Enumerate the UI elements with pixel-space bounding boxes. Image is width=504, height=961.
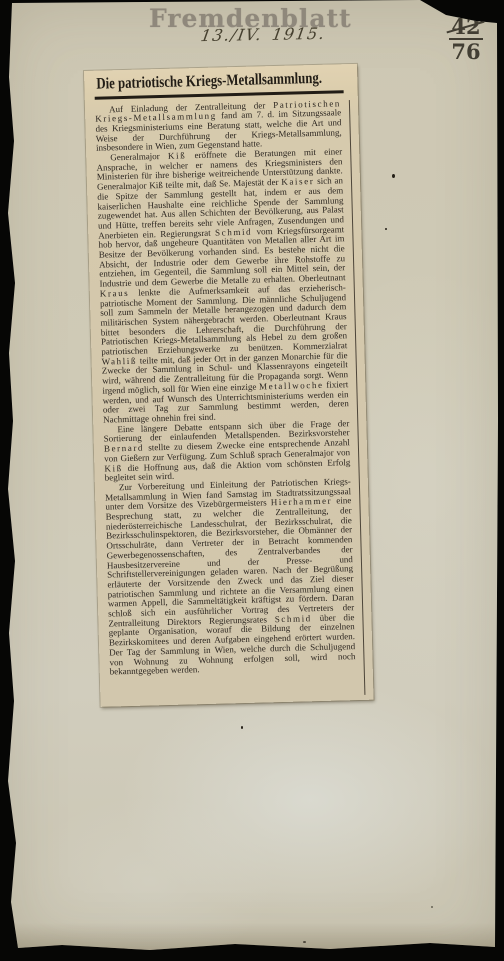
article-paragraph-3: Eine längere Debatte entspann sich über … [103, 419, 350, 484]
ink-speck [431, 906, 433, 908]
article-headline: Die patriotische Kriegs-Metallsammlung. [96, 70, 296, 93]
archive-page-numbers: 42 76 [445, 15, 487, 63]
ink-speck [385, 228, 387, 230]
ink-speck [392, 174, 395, 178]
article-paragraph-1: Auf Einladung der Zentralleitung der Pat… [95, 99, 342, 154]
page-number-new: 76 [445, 40, 487, 63]
page-number-old-crossed: 42 [449, 15, 482, 40]
ink-speck [303, 941, 306, 943]
article-body: Auf Einladung der Zentralleitung der Pat… [95, 99, 361, 678]
news-clipping: Die patriotische Kriegs-Metallsammlung. … [84, 64, 374, 707]
handwritten-date: 13./IV. 1915. [199, 24, 327, 45]
ink-speck [241, 726, 243, 729]
article-paragraph-2: Generalmajor Kiß eröffnete die Beratunge… [96, 147, 349, 425]
article-paragraph-4: Zur Vorbereitung und Einleitung der Patr… [105, 477, 356, 677]
paper-sheet: Fremdenblatt 13./IV. 1915. 42 76 Die pat… [0, 0, 504, 961]
